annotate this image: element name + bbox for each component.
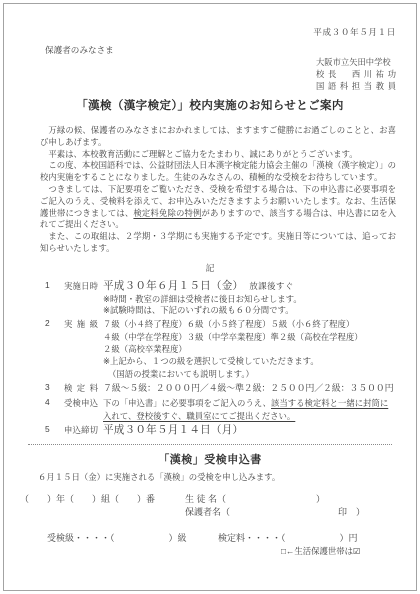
detail-item-deadline: 5 申込締切 平成３０年５月１４日（月） bbox=[45, 424, 395, 438]
levels-note2: （国語の授業においても説明します。） bbox=[103, 368, 395, 380]
item-number: 1 bbox=[45, 280, 59, 316]
future-plan-paragraph: また、この取組は、２学期・３学期にも実施する予定です。実施日等については、追って… bbox=[40, 231, 396, 255]
application-form-title: 「漢検」受検申込書 bbox=[0, 451, 420, 467]
application-how-pre: 下の「申込書」に必要事項をご記入のうえ、 bbox=[103, 398, 271, 408]
item-content: 平成３０年６月１５日（金）放課後すぐ ※時間・教室の詳細は受検者に後日お知らせし… bbox=[103, 280, 395, 316]
purpose-paragraph: この度、本校国語科では、公益財団法人日本漢字検定能力協会主催の「漢検（漢字検定）… bbox=[40, 160, 396, 184]
principal-name: 校長 西川祐功 bbox=[316, 68, 396, 80]
form-student-name-line: 生 徒 名（ ） bbox=[185, 492, 325, 505]
item-content: ７級～５級：２０００円／４級～準２級：２５００円／２級：３５００円 bbox=[103, 382, 395, 396]
detail-item-levels: 2 実施級 ７級（小４終了程度）６級（小５終了程度）５級（小６終了程度） ４級（… bbox=[45, 318, 395, 379]
notice-document: 平成３０年５月１日 保護者のみなさま 大阪市立矢田中学校 校長 西川祐功 国語科… bbox=[0, 0, 420, 594]
item-label: 実施日時 bbox=[64, 280, 98, 316]
details-list: 1 実施日時 平成３０年６月１５日（金）放課後すぐ ※時間・教室の詳細は受検者に… bbox=[45, 280, 395, 439]
item-label: 実施級 bbox=[64, 318, 98, 379]
detail-item-fee: 3 検定料 ７級～５級：２０００円／４級～準２級：２５００円／２級：３５００円 bbox=[45, 382, 395, 396]
item-number: 4 bbox=[45, 397, 59, 422]
sender-block: 大阪市立矢田中学校 校長 西川祐功 国語科担当教員 bbox=[316, 56, 396, 92]
exam-date: 平成３０年６月１５日（金） bbox=[103, 280, 243, 292]
fee-exemption-underlined: 検定料免除の特例 bbox=[133, 208, 201, 218]
levels-line3: ２級（高校卒業程度） bbox=[103, 343, 395, 355]
exam-date-note2: ※試験時間は、下記のいずれの級も６０分間です。 bbox=[103, 305, 395, 316]
exam-date-suffix: 放課後すぐ bbox=[249, 281, 293, 291]
item-content: 下の「申込書」に必要事項をご記入のうえ、該当する検定料と一緒に封筒に入れて、登校… bbox=[103, 397, 395, 422]
greeting-paragraph: 万緑の候、保護者のみなさまにおかれましては、ますますご健勝にお過ごしのことと、お… bbox=[40, 125, 396, 149]
exam-date-line: 平成３０年６月１５日（金）放課後すぐ bbox=[103, 280, 395, 294]
separator-dotted-line bbox=[28, 444, 392, 445]
item-number: 2 bbox=[45, 318, 59, 379]
form-level-line: 受検級・・・・（ ）級 bbox=[47, 531, 187, 544]
item-content: 平成３０年５月１４日（月） bbox=[103, 424, 395, 438]
item-content: ７級（小４終了程度）６級（小５終了程度）５級（小６終了程度） ４級（中学在学程度… bbox=[103, 318, 395, 379]
notice-title: 「漢検（漢字検定）」校内実施のお知らせとご案内 bbox=[0, 97, 420, 113]
item-label: 検定料 bbox=[64, 382, 98, 396]
detail-item-date: 1 実施日時 平成３０年６月１５日（金）放課後すぐ ※時間・教室の詳細は受検者に… bbox=[45, 280, 395, 316]
body-text: 万緑の候、保護者のみなさまにおかれましては、ますますご健勝にお過ごしのことと、お… bbox=[40, 125, 396, 255]
addressee: 保護者のみなさま bbox=[45, 44, 114, 56]
thanks-paragraph: 平素は、本校教育活動にご理解とご協力をたまわり、誠にありがとうございます。 bbox=[40, 149, 396, 161]
form-fee-line: 検定料・・・・（ ）円 bbox=[218, 531, 358, 544]
school-name: 大阪市立矢田中学校 bbox=[316, 56, 396, 68]
item-number: 5 bbox=[45, 424, 59, 438]
form-guardian-name-line: 保護者名（ 印 ） bbox=[185, 505, 365, 518]
form-class-number-line: （ ）年（ ）組（ ）番 bbox=[20, 492, 155, 505]
application-form-intro: ６月１５日（金）に実施される「漢検」の受検を申し込みます。 bbox=[38, 471, 280, 483]
item-label: 受検申込 bbox=[64, 397, 98, 422]
levels-line1: ７級（小４終了程度）６級（小５終了程度）５級（小６終了程度） bbox=[103, 318, 395, 330]
teacher-role: 国語科担当教員 bbox=[316, 80, 396, 92]
detail-item-application: 4 受検申込 下の「申込書」に必要事項をご記入のうえ、該当する検定料と一緒に封筒… bbox=[45, 397, 395, 422]
item-label: 申込締切 bbox=[64, 424, 98, 438]
application-paragraph: つきましては、下記要項をご覧いただき、受検を希望する場合は、下の申込書に必要事項… bbox=[40, 184, 396, 231]
item-number: 3 bbox=[45, 382, 59, 396]
ki-marker: 記 bbox=[0, 261, 420, 274]
levels-line2: ４級（中学在学程度）３級（中学卒業程度）準２級（高校在学程度） bbox=[103, 331, 395, 343]
exam-date-note1: ※時間・教室の詳細は受検者に後日お知らせします。 bbox=[103, 294, 395, 305]
levels-note1: ※上記から、１つの級を選択して受検していただきます。 bbox=[103, 355, 395, 367]
issue-date: 平成３０年５月１日 bbox=[313, 26, 396, 38]
form-welfare-checkbox-note: □←生活保護世帯は☑ bbox=[281, 545, 361, 557]
